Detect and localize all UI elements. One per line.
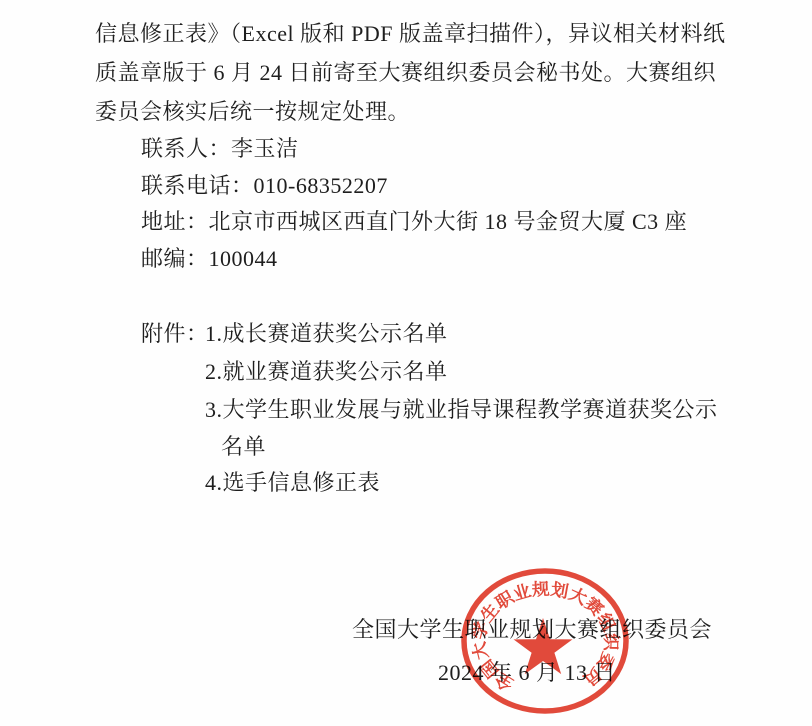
attachment-item-4: 4.选手信息修正表 (205, 470, 380, 495)
contact-postcode: 邮编：100044 (141, 246, 278, 271)
contact-person: 联系人：李玉洁 (141, 136, 299, 161)
document-page: 信息修正表》（Excel 版和 PDF 版盖章扫描件），异议相关材料纸 质盖章版… (0, 0, 812, 726)
signature-date: 2024 年 6 月 13 日 (438, 660, 616, 685)
attachment-item-3-line-1: 3.大学生职业发展与就业指导课程教学赛道获奖公示 (205, 397, 718, 422)
paragraph-line-2: 质盖章版于 6 月 24 日前寄至大赛组织委员会秘书处。大赛组织 (95, 60, 716, 85)
paragraph-line-3: 委员会核实后统一按规定处理。 (95, 99, 410, 124)
contact-address: 地址：北京市西城区西直门外大街 18 号金贸大厦 C3 座 (141, 209, 687, 234)
attachment-item-3-line-2: 名单 (221, 434, 266, 459)
contact-phone: 联系电话：010-68352207 (141, 173, 388, 198)
signature-organization: 全国大学生职业规划大赛组织委员会 (352, 617, 712, 642)
paragraph-line-1: 信息修正表》（Excel 版和 PDF 版盖章扫描件），异议相关材料纸 (95, 21, 725, 46)
attachment-item-2: 2.就业赛道获奖公示名单 (205, 359, 448, 384)
attachments-label: 附件： (141, 321, 209, 346)
attachment-item-1: 1.成长赛道获奖公示名单 (205, 321, 448, 346)
official-seal: 全国大学生职业规划大赛组织委员会 (445, 561, 645, 726)
